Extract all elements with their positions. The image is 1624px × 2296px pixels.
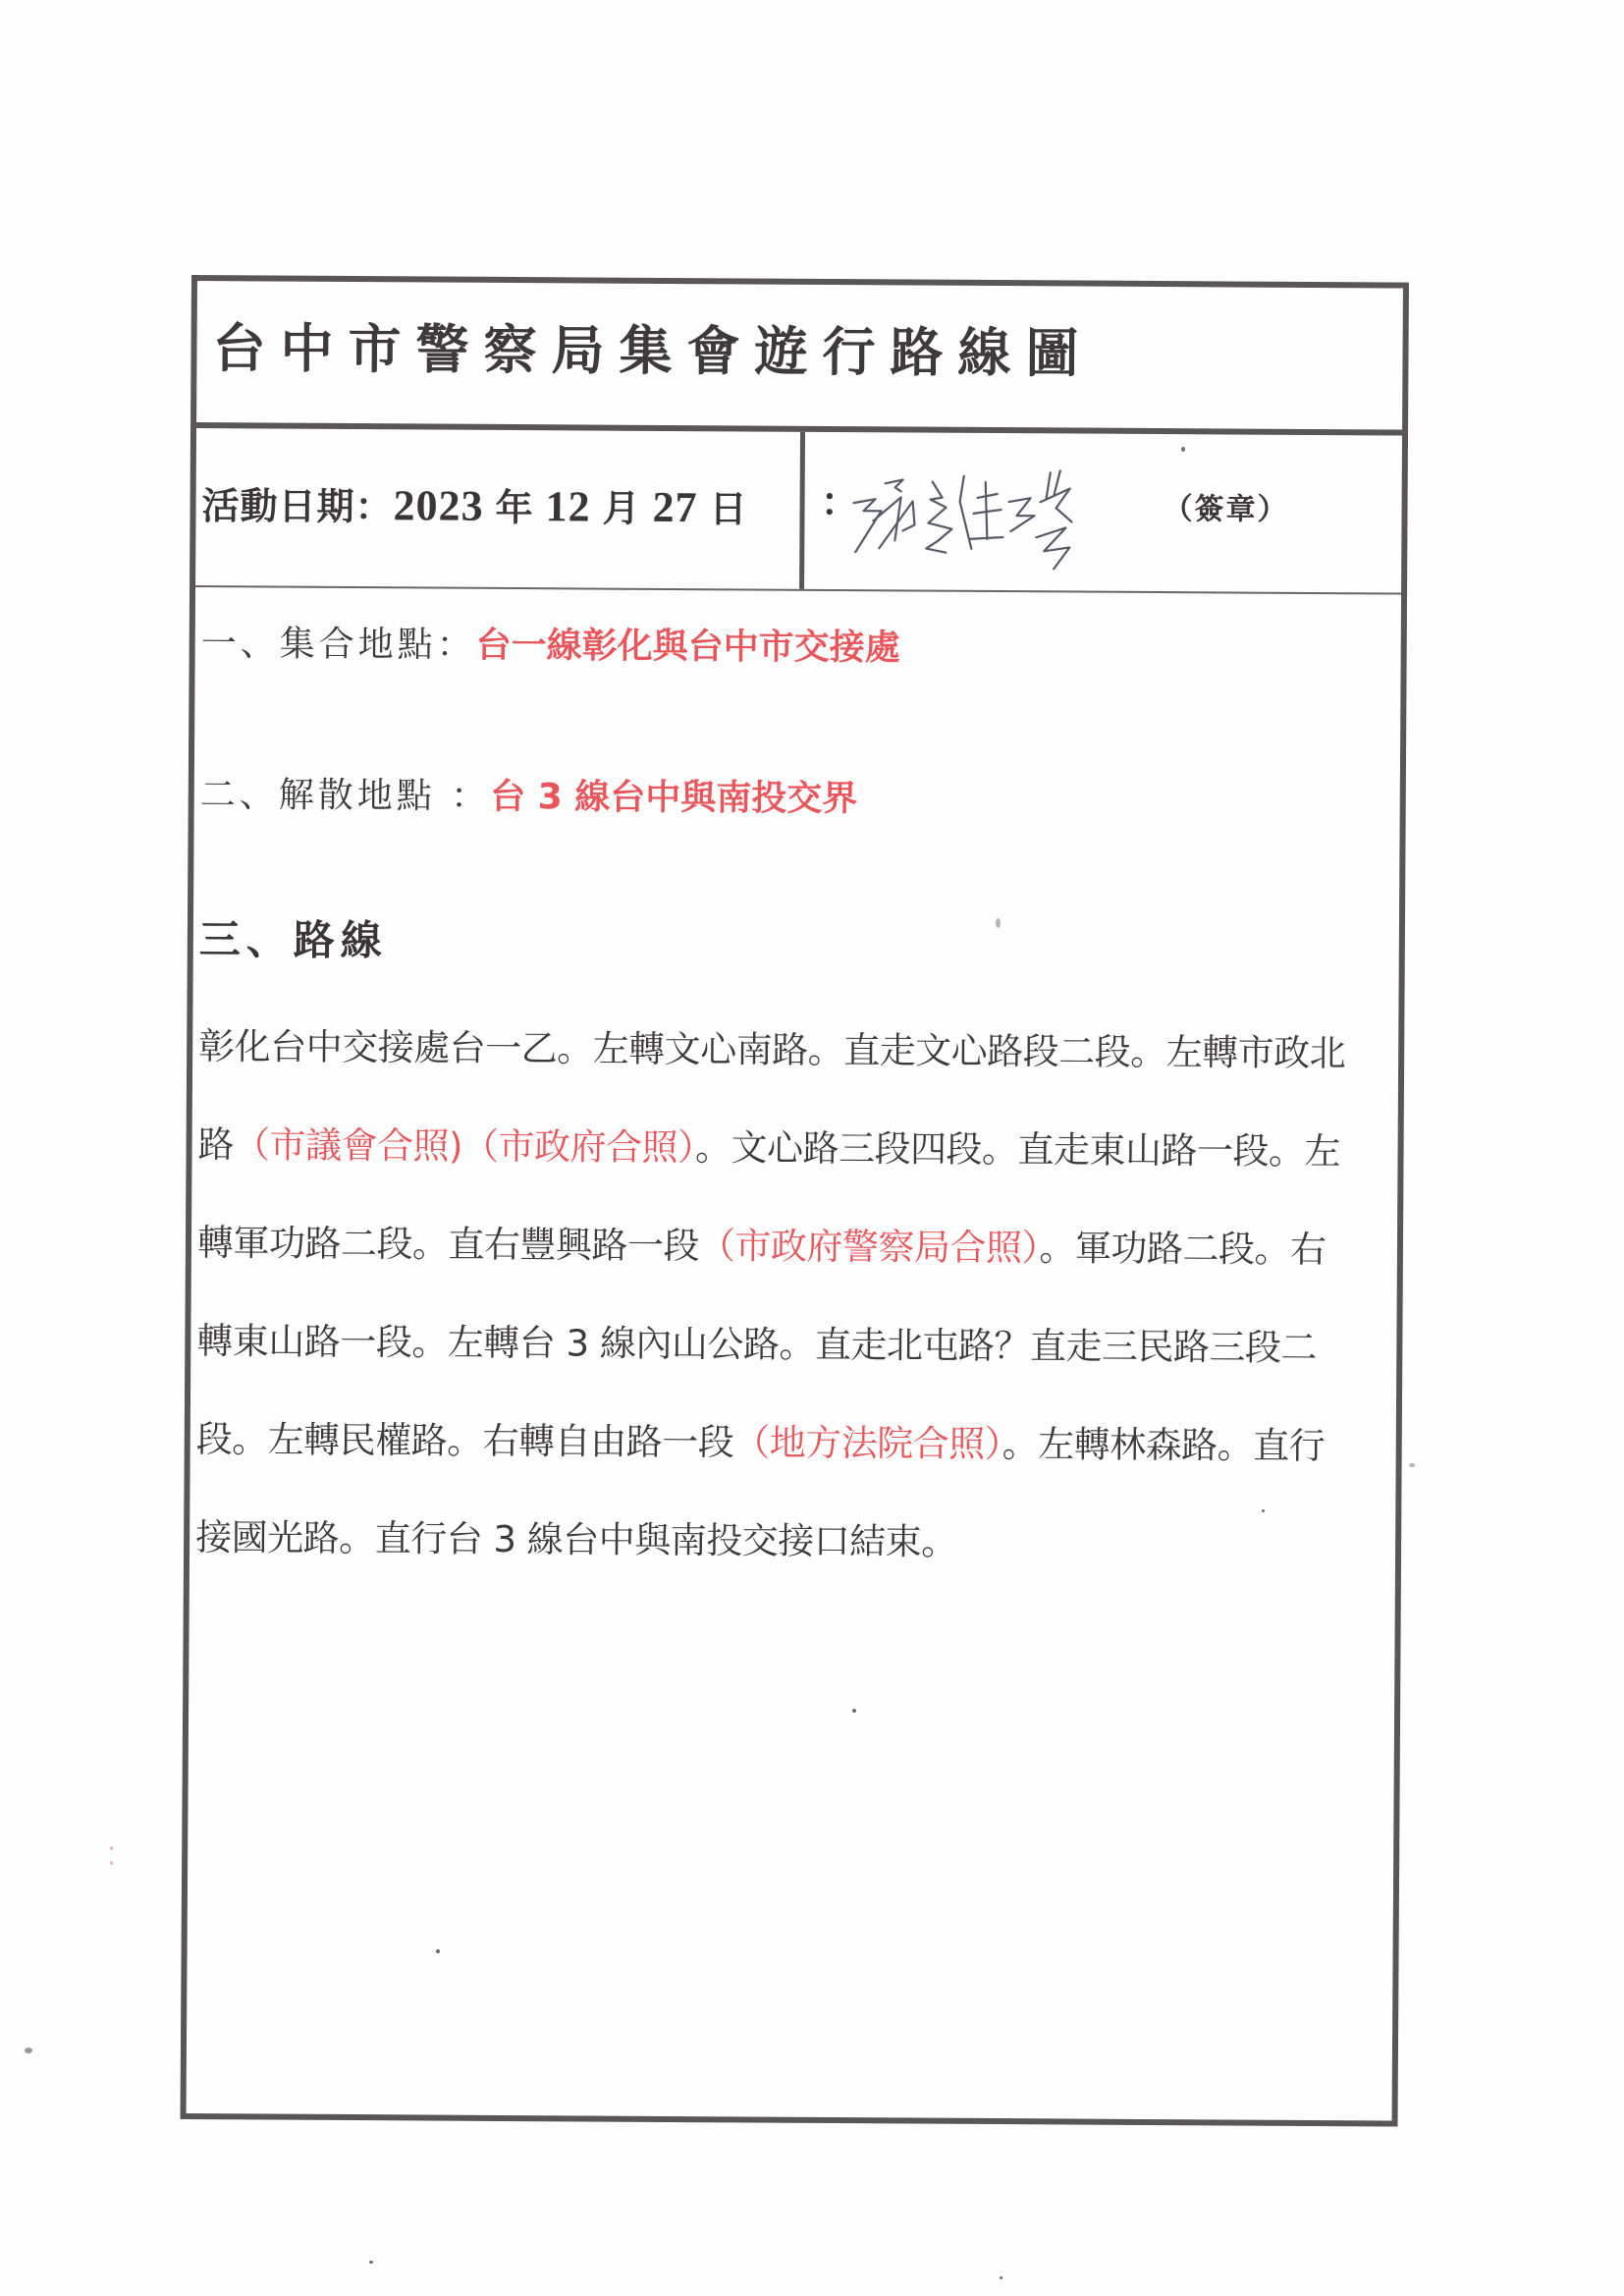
scan-speck: [110, 1861, 113, 1865]
date-month: 12: [545, 482, 590, 530]
scan-speck: [852, 1709, 856, 1713]
scan-speck: [1181, 447, 1185, 452]
route-line: 轉軍功路二段。直右豐興路一段（市政府警察局合照）。軍功路二段。右: [197, 1194, 1398, 1299]
scanned-page: 台中市警察局集會遊行路線圖 活動日期：2023年12月27日 ：: [0, 0, 1624, 2296]
activity-date: 活動日期：2023年12月27日: [201, 483, 747, 529]
dispersal-location: 二、解散地點 ：台 3 線台中與南投交界: [200, 778, 858, 817]
assembly-location-label: 一、集合地點：: [201, 624, 476, 666]
scan-speck: [369, 2261, 373, 2264]
route-segment: 接國光路。直行台 3 線台中與南投交接口結束。: [195, 1516, 957, 1563]
route-segment: 轉軍功路二段。直右豐興路一段: [197, 1222, 699, 1267]
route-segment: 。文心路三段四段。直走東山路一段。左: [695, 1126, 1340, 1173]
assembly-location-value: 台一線彰化與台中市交接處: [476, 626, 900, 669]
scan-speck: [25, 2048, 32, 2053]
date-month-unit: 月: [602, 486, 640, 530]
dispersal-location-value: 台 3 線台中與南投交界: [490, 777, 857, 819]
date-day: 27: [652, 483, 697, 531]
route-line: 接國光路。直行台 3 線台中與南投交接口結束。: [195, 1489, 1396, 1594]
scan-speck: [996, 918, 1001, 928]
date-year: 2023: [393, 481, 483, 530]
form-frame: 台中市警察局集會遊行路線圖 活動日期：2023年12月27日 ：: [181, 275, 1409, 2127]
route-heading: 三、路線: [199, 919, 388, 961]
stamp-label: （簽章）: [1163, 495, 1288, 525]
date-label: 活動日期：: [201, 483, 393, 528]
handwritten-signature: [843, 442, 1139, 581]
route-line: 段。左轉民權路。右轉自由路一段（地方法院合照）。左轉林森路。直行: [195, 1391, 1396, 1496]
route-description: 彰化台中交接處台一乙。左轉文心南路。直走文心路段二段。左轉市政北 路（市議會合照…: [195, 998, 1399, 1594]
date-cell: 活動日期：2023年12月27日: [195, 428, 805, 589]
form-body: 一、集合地點：台一線彰化與台中市交接處 二、解散地點 ：台 3 線台中與南投交界…: [187, 587, 1401, 2120]
route-segment: 彰化台中交接處台一乙。左轉文心南路。直走文心路段二段。左轉市政北: [198, 1025, 1345, 1074]
photo-permit-note: （地方法院合照）: [733, 1421, 1002, 1465]
photo-permit-note: （市政府警察局合照）: [699, 1225, 1040, 1269]
date-day-unit: 日: [709, 486, 747, 530]
scan-speck: [1409, 1463, 1415, 1467]
page-title: 台中市警察局集會遊行路線圖: [212, 322, 1093, 380]
assembly-location: 一、集合地點：台一線彰化與台中市交接處: [201, 627, 900, 666]
route-segment: 路: [197, 1123, 234, 1166]
route-line: 轉東山路一段。左轉台 3 線內山公路。直走北屯路？直走三民路三段二: [196, 1292, 1397, 1397]
route-segment: 。軍功路二段。右: [1039, 1227, 1326, 1271]
scan-speck: [436, 1949, 440, 1953]
scan-speck: [1262, 1509, 1265, 1512]
route-line: 路（市議會合照)（市政府合照）。文心路三段四段。直走東山路一段。左: [197, 1096, 1398, 1201]
dispersal-location-label: 二、解散地點 ：: [200, 775, 491, 817]
date-year-unit: 年: [495, 485, 533, 529]
title-row: 台中市警察局集會遊行路線圖: [196, 281, 1403, 435]
signature-cell: ： （簽章）: [804, 432, 1402, 593]
photo-permit-note: （市議會合照)（市政府合照）: [234, 1123, 695, 1169]
date-signature-row: 活動日期：2023年12月27日 ：: [195, 428, 1402, 594]
scan-speck: [110, 1846, 113, 1850]
route-segment: 轉東山路一段。左轉台 3 線內山公路。直走北屯路？直走三民路三段二: [196, 1320, 1317, 1369]
route-segment: 。左轉林森路。直行: [1002, 1423, 1326, 1467]
scan-speck: [1000, 2276, 1002, 2279]
route-segment: 段。左轉民權路。右轉自由路一段: [196, 1418, 734, 1463]
route-line: 彰化台中交接處台一乙。左轉文心南路。直走文心路段二段。左轉市政北: [198, 998, 1399, 1103]
